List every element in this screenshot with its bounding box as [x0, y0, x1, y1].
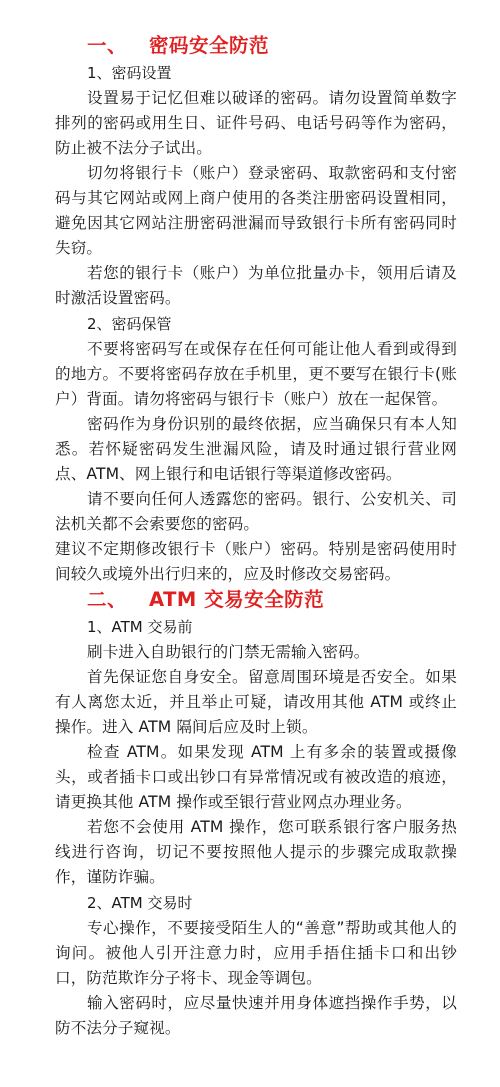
paragraph: 不要将密码写在或保存在任何可能让他人看到或得到的地方。不要将密码存放在手机里，更… [55, 337, 457, 412]
paragraph: 切勿将银行卡（账户）登录密码、取款密码和支付密码与其它网站或网上商户使用的各类注… [55, 161, 457, 261]
section-heading-atm-security: 二、ATM 交易安全防范 [55, 587, 457, 614]
subsection-heading: 2、密码保管 [55, 312, 457, 337]
paragraph: 密码作为身份识别的最终依据，应当确保只有本人知悉。若怀疑密码发生泄漏风险，请及时… [55, 412, 457, 487]
section-title: ATM 交易安全防范 [149, 588, 324, 611]
paragraph: 若您的银行卡（账户）为单位批量办卡，领用后请及时激活设置密码。 [55, 261, 457, 311]
paragraph: 若您不会使用 ATM 操作，您可联系银行客户服务热线进行咨询，切记不要按照他人提… [55, 815, 457, 890]
paragraph: 刷卡进入自助银行的门禁无需输入密码。 [55, 640, 457, 665]
paragraph: 请不要向任何人透露您的密码。银行、公安机关、司法机关都不会索要您的密码。 [55, 487, 457, 537]
paragraph: 设置易于记忆但难以破译的密码。请勿设置简单数字排列的密码或用生日、证件号码、电话… [55, 86, 457, 161]
paragraph: 检查 ATM。如果发现 ATM 上有多余的装置或摄像头，或者插卡口或出钞口有异常… [55, 740, 457, 815]
paragraph: 首先保证您自身安全。留意周围环境是否安全。如果有人离您太近，并且举止可疑，请改用… [55, 665, 457, 740]
subsection-heading: 1、密码设置 [55, 61, 457, 86]
document-body: 一、密码安全防范 1、密码设置 设置易于记忆但难以破译的密码。请勿设置简单数字排… [55, 33, 457, 1041]
section-heading-password-security: 一、密码安全防范 [55, 33, 457, 60]
subsection-heading: 1、ATM 交易前 [55, 615, 457, 640]
paragraph: 专心操作，不要接受陌生人的“善意”帮助或其他人的询问。被他人引开注意力时，应用手… [55, 916, 457, 991]
section-number: 二、 [87, 588, 127, 611]
section-number: 一、 [87, 34, 127, 57]
section-title: 密码安全防范 [149, 34, 269, 57]
paragraph: 输入密码时，应尽量快速并用身体遮挡操作手势，以防不法分子窥视。 [55, 991, 457, 1041]
subsection-heading: 2、ATM 交易时 [55, 891, 457, 916]
paragraph: 建议不定期修改银行卡（账户）密码。特别是密码使用时间较久或境外出行归来的，应及时… [55, 537, 457, 587]
